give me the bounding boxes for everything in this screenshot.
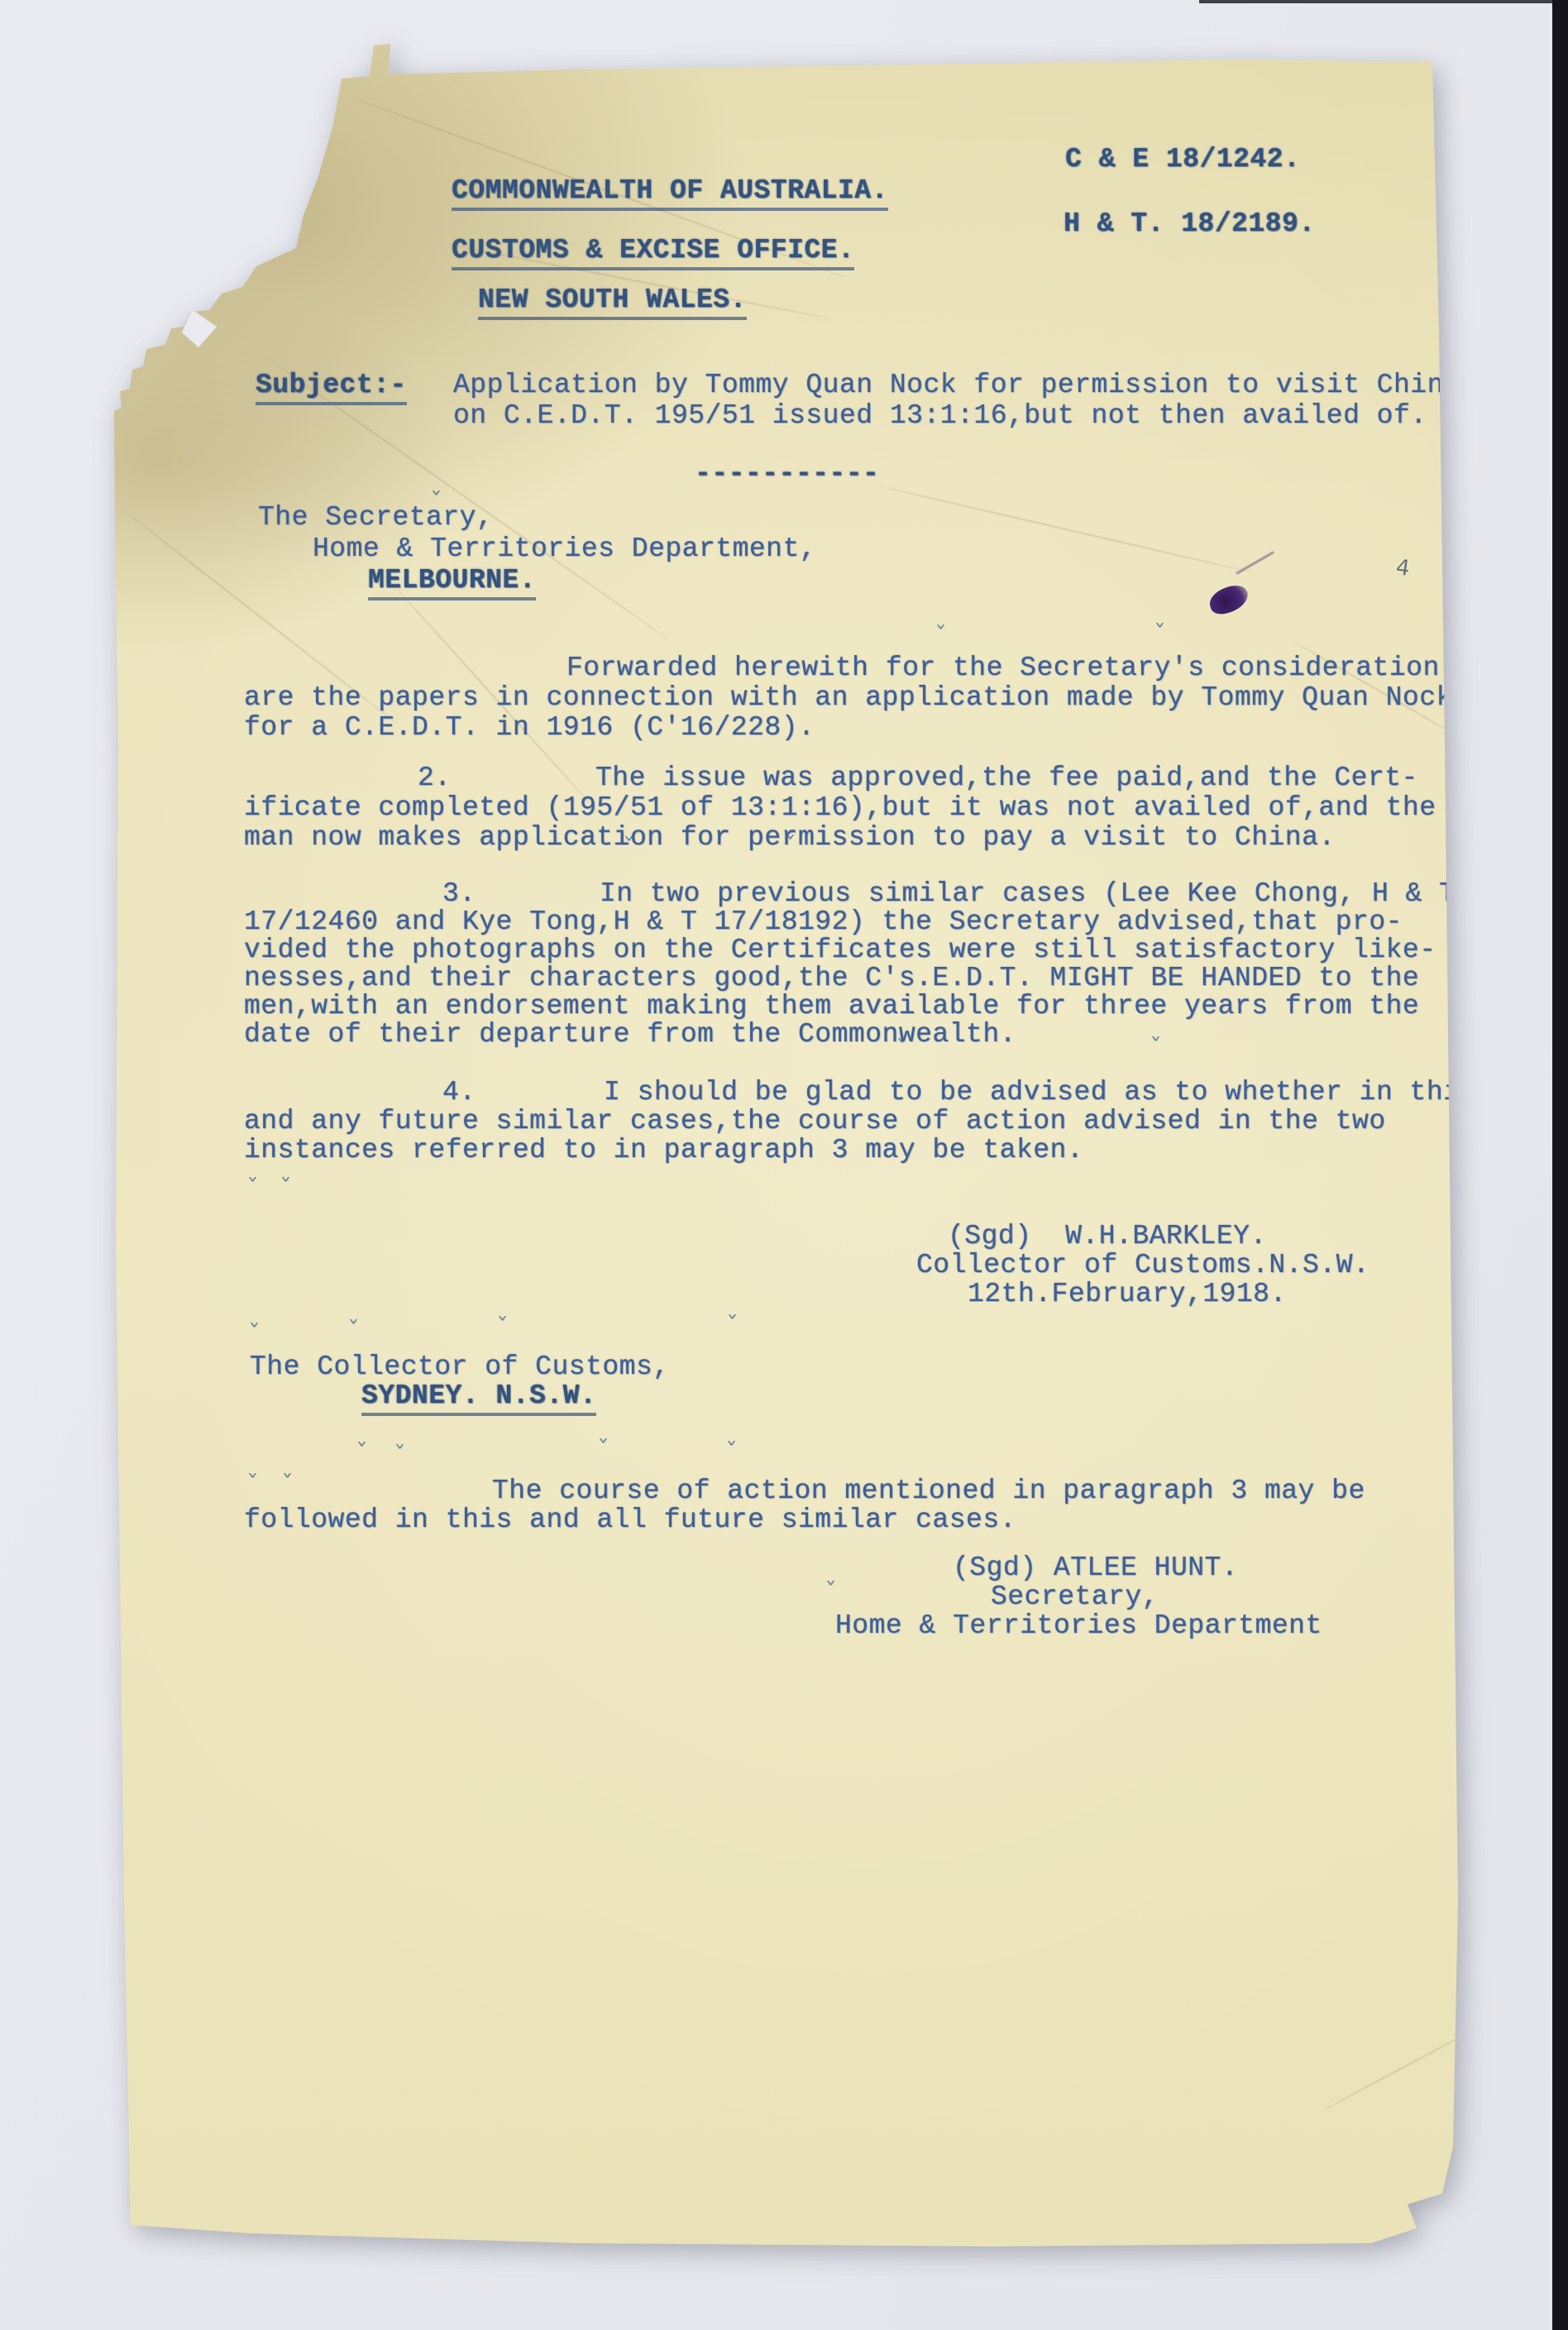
document-page: C & E 18/1242. H & T. 18/2189. COMMONWEA…	[0, 0, 1568, 2330]
addressee-line: The Collector of Customs,	[250, 1352, 670, 1381]
tick-mark: ˇ	[726, 1312, 739, 1341]
ref-number-ce: C & E 18/1242.	[1065, 145, 1300, 174]
tick-mark: ˇ	[347, 1317, 360, 1346]
signature-date: 12th.February,1918.	[968, 1280, 1287, 1309]
signature-department: Home & Territories Department	[835, 1611, 1322, 1640]
body-line: nesses,and their characters good,the C's…	[244, 964, 1419, 993]
letterhead-commonwealth: COMMONWEALTH OF AUSTRALIA.	[452, 176, 888, 211]
addressee-line: The Secretary,	[258, 503, 493, 532]
tick-mark: ˇ	[248, 1320, 261, 1349]
tick-mark: ˇ	[281, 1471, 294, 1500]
body-line: I should be glad to be advised as to whe…	[604, 1078, 1477, 1107]
body-line: men,with an endorsement making them avai…	[244, 992, 1419, 1021]
paragraph-number: 3.	[442, 879, 476, 908]
body-line: vided the photographs on the Certificate…	[244, 935, 1437, 964]
subject-line: on C.E.D.T. 195/51 issued 13:1:16,but no…	[453, 401, 1427, 430]
scan-edge-top	[1199, 0, 1568, 3]
signature-title: Collector of Customs.N.S.W.	[916, 1251, 1370, 1280]
tick-mark: ˇ	[280, 1175, 292, 1203]
tick-mark: ˇ	[394, 1442, 406, 1471]
tick-mark: ˇ	[896, 1036, 908, 1065]
addressee-city: SYDNEY. N.S.W.	[361, 1381, 596, 1416]
addressee-line: Home & Territories Department,	[313, 534, 816, 563]
body-line: In two previous similar cases (Lee Kee C…	[600, 879, 1456, 908]
tick-mark: ˇ	[356, 1439, 368, 1468]
body-line: instances referred to in paragraph 3 may…	[244, 1136, 1083, 1165]
ref-number-ht: H & T. 18/2189.	[1064, 209, 1316, 238]
scan-edge-right	[1552, 0, 1568, 2330]
paper-shadow-wrap: C & E 18/1242. H & T. 18/2189. COMMONWEA…	[0, 0, 1568, 2330]
tick-mark: ˇ	[597, 1436, 610, 1465]
tick-mark: ˇ	[725, 1438, 738, 1467]
body-line: for a C.E.D.T. in 1916 (C'16/228).	[244, 713, 815, 742]
body-line: The issue was approved,the fee paid,and …	[595, 763, 1418, 792]
body-line: are the papers in connection with an app…	[244, 683, 1453, 712]
tick-mark: ˇ	[246, 1471, 259, 1500]
body-line: 17/12460 and Kye Tong,H & T 17/18192) th…	[244, 907, 1403, 936]
body-line: The course of action mentioned in paragr…	[492, 1476, 1365, 1505]
letterhead-customs-office: CUSTOMS & EXCISE OFFICE.	[452, 236, 854, 270]
signature-title: Secretary,	[991, 1582, 1159, 1611]
signature-name: (Sgd) ATLEE HUNT.	[953, 1553, 1238, 1582]
paragraph-number: 2.	[418, 763, 452, 792]
tick-mark: ˇ	[784, 832, 796, 861]
subject-label: Subject:-	[256, 371, 407, 405]
body-line: ificate completed (195/51 of 13:1:16),bu…	[244, 793, 1437, 822]
subject-line: Application by Tommy Quan Nock for permi…	[453, 371, 1460, 399]
tick-mark: ˇ	[246, 1175, 259, 1203]
signature-name: (Sgd) W.H.BARKLEY.	[948, 1222, 1267, 1251]
tick-mark: ˇ	[496, 1313, 509, 1342]
scan-background: C & E 18/1242. H & T. 18/2189. COMMONWEA…	[0, 0, 1568, 2330]
body-line: and any future similar cases,the course …	[244, 1107, 1386, 1136]
separator-dashes: -----------	[695, 459, 879, 488]
tick-mark: ˇ	[623, 834, 635, 863]
tick-mark: ˇ	[430, 488, 442, 517]
tick-mark: ˇ	[1154, 620, 1166, 649]
addressee-city: MELBOURNE.	[368, 566, 536, 600]
body-line: Forwarded herewith for the Secretary's c…	[566, 653, 1440, 682]
body-line: followed in this and all future similar …	[244, 1505, 1016, 1534]
paragraph-number: 4.	[442, 1078, 476, 1107]
tick-mark: ˇ	[935, 622, 947, 651]
tick-mark: ˇ	[1150, 1034, 1162, 1063]
tick-mark: ˇ	[825, 1578, 837, 1607]
letterhead-nsw: NEW SOUTH WALES.	[478, 285, 747, 320]
